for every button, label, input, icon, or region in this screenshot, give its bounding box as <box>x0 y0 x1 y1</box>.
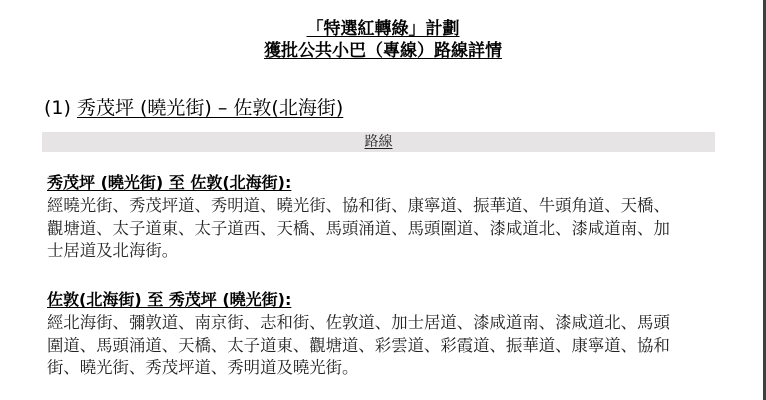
direction-body-inbound: 經北海街、彌敦道、南京街、志和街、佐敦道、加士居道、漆咸道南、漆咸道北、馬頭 圍… <box>47 312 719 380</box>
document-title-scheme: 「特選紅轉綠」計劃 <box>0 18 766 40</box>
route-text-line: 街、曉光街、秀茂坪道、秀明道及曉光街。 <box>47 357 719 380</box>
route-name: 秀茂坪 (曉光街) – 佐敦(北海街) <box>77 97 343 119</box>
route-number: (1) <box>44 97 71 119</box>
direction-heading-inbound: 佐敦(北海街) 至 秀茂坪 (曉光街): <box>47 289 291 311</box>
document-page: 「特選紅轉綠」計劃 獲批公共小巴（專線）路線詳情 (1) 秀茂坪 (曉光街) –… <box>0 0 763 400</box>
section-bar-label: 路線 <box>365 134 393 150</box>
route-text-line: 經北海街、彌敦道、南京街、志和街、佐敦道、加士居道、漆咸道南、漆咸道北、馬頭 <box>47 312 719 335</box>
route-text-line: 士居道及北海街。 <box>47 240 719 263</box>
direction-body-outbound: 經曉光街、秀茂坪道、秀明道、曉光街、協和街、康寧道、振華道、牛頭角道、天橋、 觀… <box>47 195 719 263</box>
section-bar-route: 路線 <box>42 132 715 152</box>
document-title-details: 獲批公共小巴（專線）路線詳情 <box>0 40 766 62</box>
route-text-line: 觀塘道、太子道東、太子道西、天橋、馬頭涌道、馬頭圍道、漆咸道北、漆咸道南、加 <box>47 218 719 241</box>
route-heading: (1) 秀茂坪 (曉光街) – 佐敦(北海街) <box>44 96 343 120</box>
route-text-line: 經曉光街、秀茂坪道、秀明道、曉光街、協和街、康寧道、振華道、牛頭角道、天橋、 <box>47 195 719 218</box>
direction-heading-outbound: 秀茂坪 (曉光街) 至 佐敦(北海街): <box>47 172 291 194</box>
route-text-line: 圍道、馬頭涌道、天橋、太子道東、觀塘道、彩雲道、彩霞道、振華道、康寧道、協和 <box>47 335 719 358</box>
